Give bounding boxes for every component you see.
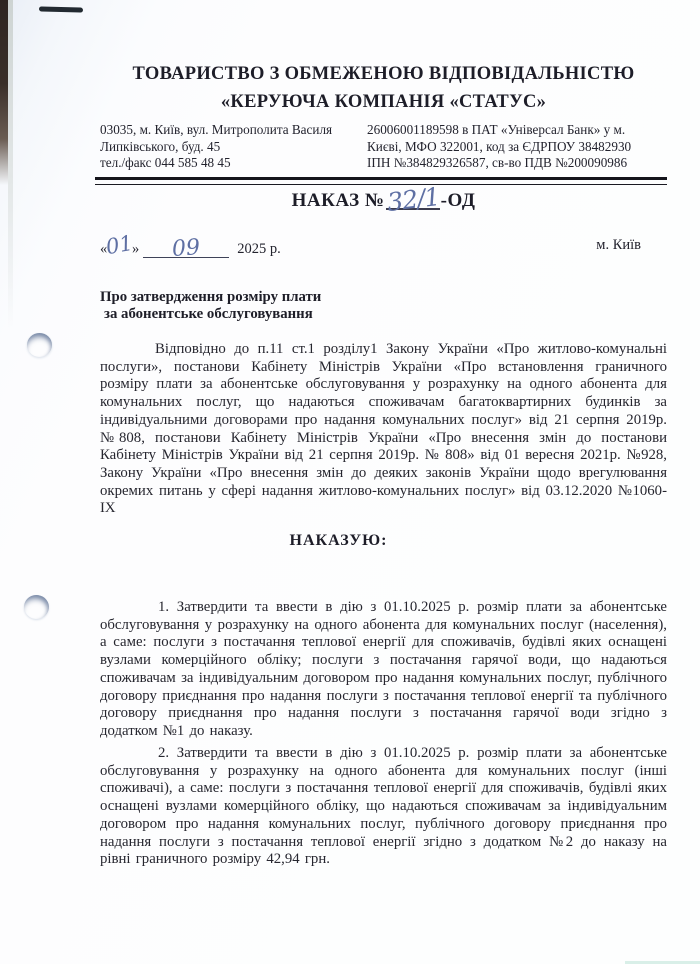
order-item-2: 2. Затвердити та ввести в дію з 01.10.20…	[100, 745, 667, 869]
bank-mfo-edrpou-line: Києві, МФО 322001, код за ЄДРПОУ 3848293…	[367, 139, 667, 156]
order-subject: Про затвердження розміру плати за абонен…	[100, 289, 321, 322]
company-contacts: 03035, м. Київ, вул. Митрополита Василя …	[100, 122, 667, 172]
phone-fax: тел./факс 044 585 48 45	[100, 155, 332, 172]
bank-account-line: 26006001189598 в ПАТ «Універсал Банк» у …	[367, 122, 667, 139]
header-divider	[95, 177, 667, 185]
scan-edge-shadow	[0, 0, 8, 185]
order-title-suffix: -ОД	[441, 190, 476, 211]
subject-line1: Про затвердження розміру плати	[100, 289, 321, 306]
order-item-1: 1. Затвердити та ввести в дію з 01.10.20…	[100, 599, 667, 741]
company-bank-details: 26006001189598 в ПАТ «Універсал Банк» у …	[367, 122, 667, 172]
preamble-paragraph: Відповідно до п.11 ст.1 розділу1 Закону …	[100, 341, 667, 518]
order-number-underline: 32/1	[386, 191, 440, 210]
company-name-line1: ТОВАРИСТВО З ОБМЕЖЕНОЮ ВІДПОВІДАЛЬНІСТЮ	[100, 60, 667, 88]
page-edge-line	[8, 0, 13, 330]
company-name-line2: «КЕРУЮЧА КОМПАНІЯ «СТАТУС»	[100, 88, 667, 116]
punch-hole-top	[27, 333, 52, 357]
date-line: «01»092025 р. м. Київ	[100, 234, 667, 262]
day-handwritten: 01	[104, 231, 134, 259]
scan-mark	[39, 6, 83, 12]
order-number-handwritten: 32/1	[386, 190, 439, 210]
month-underline: 09	[143, 238, 229, 258]
company-address: 03035, м. Київ, вул. Митрополита Василя …	[100, 122, 332, 172]
decree-heading: НАКАЗУЮ:	[55, 532, 622, 550]
address-line1: 03035, м. Київ, вул. Митрополита Василя	[100, 122, 332, 139]
scanned-document-page: ТОВАРИСТВО З ОБМЕЖЕНОЮ ВІДПОВІДАЛЬНІСТЮ …	[0, 0, 700, 964]
company-name: ТОВАРИСТВО З ОБМЕЖЕНОЮ ВІДПОВІДАЛЬНІСТЮ …	[100, 60, 667, 116]
month-handwritten: 09	[171, 235, 201, 262]
ipn-pdv-line: ІПН №384829326587, св-во ПДВ №200090986	[367, 155, 667, 172]
order-title-prefix: НАКАЗ №	[292, 190, 385, 211]
subject-line2: за абонентське обслуговування	[100, 306, 321, 323]
year-label: 2025 р.	[237, 241, 281, 257]
order-title: НАКАЗ №32/1-ОД	[100, 190, 667, 212]
city-label: м. Київ	[596, 237, 641, 254]
punch-hole-bottom	[22, 593, 50, 620]
address-line2: Липківського, буд. 45	[100, 139, 332, 156]
